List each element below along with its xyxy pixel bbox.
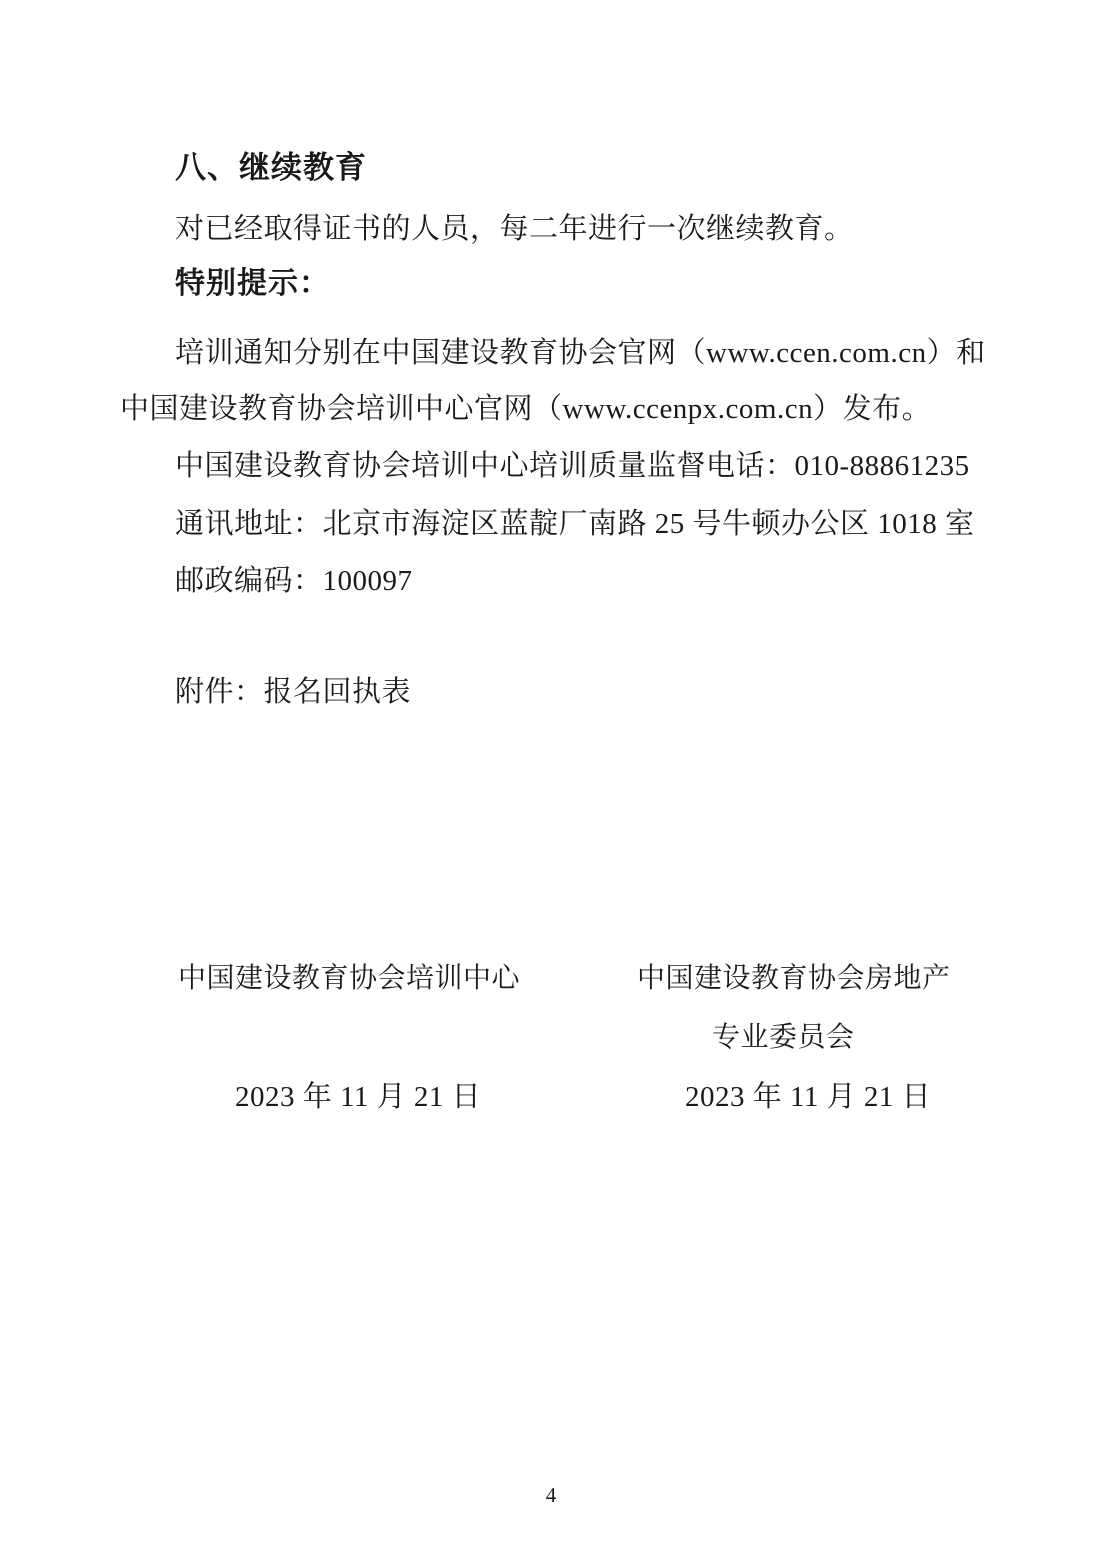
paragraph-notice-line2: 中国建设教育协会培训中心官网（www.ccenpx.com.cn）发布。 <box>120 391 931 427</box>
signature-right-org-line2: 专业委员会 <box>712 1020 855 1056</box>
paragraph-notice-line1: 培训通知分别在中国建设教育协会官网（www.ccen.com.cn）和 <box>175 335 986 371</box>
section-heading: 八、继续教育 <box>175 150 367 186</box>
signature-right-date: 2023 年 11 月 21 日 <box>685 1079 931 1115</box>
signature-left-date: 2023 年 11 月 21 日 <box>235 1079 481 1115</box>
document-page: 八、继续教育 对已经取得证书的人员，每二年进行一次继续教育。 特别提示： 培训通… <box>0 0 1102 1559</box>
paragraph-continuing-education: 对已经取得证书的人员，每二年进行一次继续教育。 <box>175 211 854 247</box>
paragraph-phone: 中国建设教育协会培训中心培训质量监督电话：010-88861235 <box>175 448 970 484</box>
paragraph-address: 通讯地址：北京市海淀区蓝靛厂南路 25 号牛顿办公区 1018 室 <box>175 506 975 542</box>
paragraph-postcode: 邮政编码：100097 <box>175 563 413 599</box>
attachment-line: 附件：报名回执表 <box>175 674 411 710</box>
signature-right-org-line1: 中国建设教育协会房地产 <box>637 961 951 997</box>
page-number: 4 <box>0 1483 1102 1508</box>
special-note-heading: 特别提示： <box>175 266 330 302</box>
signature-left-org: 中国建设教育协会培训中心 <box>178 961 520 997</box>
